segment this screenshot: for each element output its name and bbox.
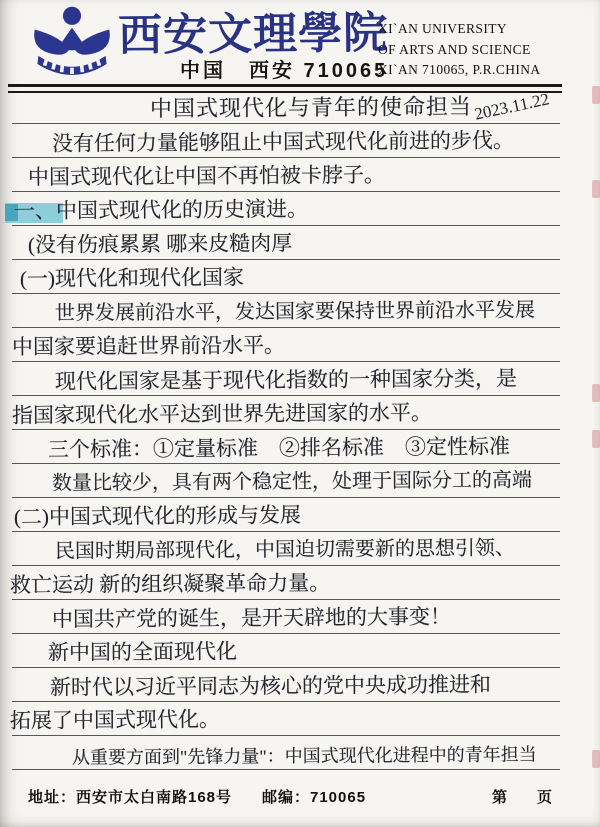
english-line-3: XI`AN 710065, P.R.CHINA: [378, 60, 578, 81]
scan-smudge: [592, 430, 600, 448]
university-emblem-icon: [24, 4, 120, 84]
handwritten-line: (二)中国式现代化的形成与发展: [14, 500, 301, 532]
handwritten-line: 新时代以习近平同志为核心的党中央成功推进和: [50, 669, 491, 702]
university-name-calligraphy: 西安文理學院: [118, 0, 379, 55]
footer-address: 地址：西安市太白南路168号: [28, 786, 232, 807]
handwritten-line: 数量比较少，具有两个稳定性，处理于国际分工的高端: [52, 465, 532, 498]
english-line-1: XI`AN UNIVERSITY: [378, 19, 578, 40]
footer-page-label-back: 页: [537, 786, 553, 807]
scanned-letterhead-page: 西安文理學院 中国 西安 710065 XI`AN UNIVERSITY OF …: [0, 0, 600, 827]
cn-location-line: 中国 西安 710065: [180, 54, 388, 83]
scan-smudge: [592, 180, 600, 198]
english-line-2: OF ARTS AND SCIENCE: [378, 40, 578, 61]
handwritten-line: 从重要方面到"先锋力量"：中国式现代化进程中的青年担当: [72, 739, 537, 772]
handwritten-line: 世界发展前沿水平，发达国家要保持世界前沿水平发展: [55, 295, 535, 328]
footer-page-label-front: 第: [492, 786, 508, 807]
handwritten-line: 新中国的全面现代化: [48, 636, 237, 667]
handwritten-line: 民国时期局部现代化，中国迫切需要新的思想引领、: [55, 533, 515, 566]
scan-smudge: [592, 86, 600, 104]
handwritten-line: 拓展了中国式现代化。: [10, 704, 220, 735]
handwritten-line: 三个标准：①定量标准 ②排名标准 ③定性标准: [48, 431, 510, 464]
english-name-block: XI`AN UNIVERSITY OF ARTS AND SCIENCE XI`…: [378, 19, 578, 81]
handwritten-line: 没有任何力量能够阻止中国式现代化前进的步伐。: [52, 125, 514, 158]
note-title: 中国式现代化与青年的使命担当: [150, 92, 472, 124]
handwritten-line: 中国式现代化让中国不再怕被卡脖子。: [28, 160, 385, 192]
handwritten-line: 中国共产党的诞生，是开天辟地的大事变！: [52, 602, 451, 635]
handwritten-line: (没有伤痕累累 哪来皮糙肉厚: [28, 228, 292, 260]
handwritten-line: 救亡运动 新的组织凝聚革命力量。: [10, 568, 330, 600]
footer-postcode: 邮编：710065: [262, 786, 366, 807]
handwritten-line: 指国家现代化水平达到世界先进国家的水平。: [12, 398, 432, 431]
scan-smudge: [592, 750, 600, 768]
handwritten-line: 中国家要追赶世界前沿水平。: [12, 330, 285, 362]
handwritten-line: 现代化国家是基于现代化指数的一种国家分类，是: [55, 363, 517, 396]
scan-smudge: [592, 384, 600, 402]
handwritten-line: (一)现代化和现代化国家: [20, 262, 244, 294]
handwritten-line: 一、中国式现代化的历史演进。: [14, 194, 308, 226]
